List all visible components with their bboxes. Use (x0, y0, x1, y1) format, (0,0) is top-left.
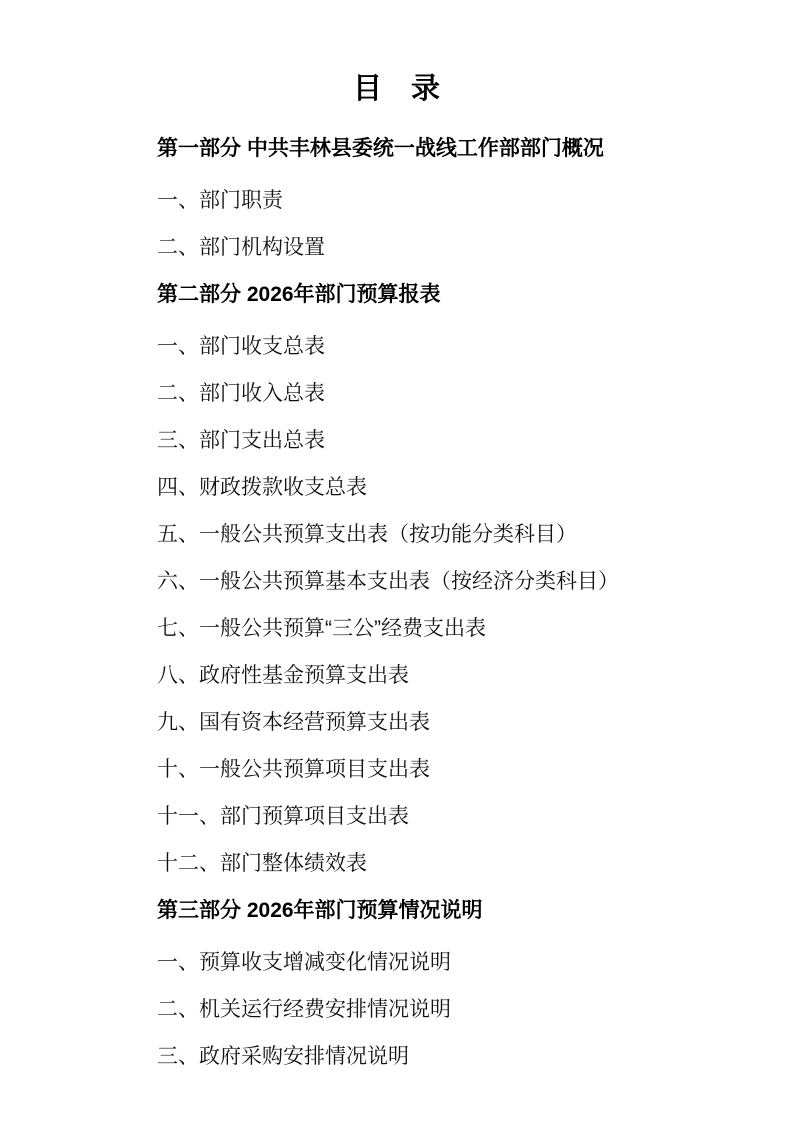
toc-item: 十、一般公共预算项目支出表 (157, 746, 703, 793)
document-page: 目 录 第一部分 中共丰林县委统一战线工作部部门概况 一、部门职责 二、部门机构… (0, 0, 793, 1122)
toc-item: 二、部门收入总表 (157, 370, 703, 417)
toc-item: 七、一般公共预算“三公”经费支出表 (157, 605, 703, 652)
toc-item: 一、预算收支增减变化情况说明 (157, 939, 703, 986)
toc-item: 一、部门职责 (157, 177, 703, 224)
toc-item: 六、一般公共预算基本支出表（按经济分类科目） (157, 558, 703, 605)
toc-item: 十一、部门预算项目支出表 (157, 793, 703, 840)
section-heading: 第三部分 2026年部门预算情况说明 (157, 887, 703, 934)
page-title: 目 录 (0, 72, 793, 107)
toc-item: 三、政府采购安排情况说明 (157, 1033, 703, 1080)
toc-section-1: 第一部分 中共丰林县委统一战线工作部部门概况 一、部门职责 二、部门机构设置 (0, 125, 793, 271)
toc-item: 八、政府性基金预算支出表 (157, 652, 703, 699)
toc-item: 九、国有资本经营预算支出表 (157, 699, 703, 746)
toc-item: 五、一般公共预算支出表（按功能分类科目） (157, 511, 703, 558)
section-heading: 第二部分 2026年部门预算报表 (157, 271, 703, 318)
table-of-contents: 第一部分 中共丰林县委统一战线工作部部门概况 一、部门职责 二、部门机构设置 第… (0, 125, 793, 1080)
section-heading: 第一部分 中共丰林县委统一战线工作部部门概况 (157, 125, 703, 172)
toc-item: 十二、部门整体绩效表 (157, 840, 703, 887)
toc-item: 一、部门收支总表 (157, 323, 703, 370)
toc-item: 四、财政拨款收支总表 (157, 464, 703, 511)
toc-section-3: 第三部分 2026年部门预算情况说明 一、预算收支增减变化情况说明 二、机关运行… (0, 887, 793, 1080)
toc-item: 二、机关运行经费安排情况说明 (157, 986, 703, 1033)
toc-section-2: 第二部分 2026年部门预算报表 一、部门收支总表 二、部门收入总表 三、部门支… (0, 271, 793, 887)
toc-item: 三、部门支出总表 (157, 417, 703, 464)
toc-item: 二、部门机构设置 (157, 224, 703, 271)
